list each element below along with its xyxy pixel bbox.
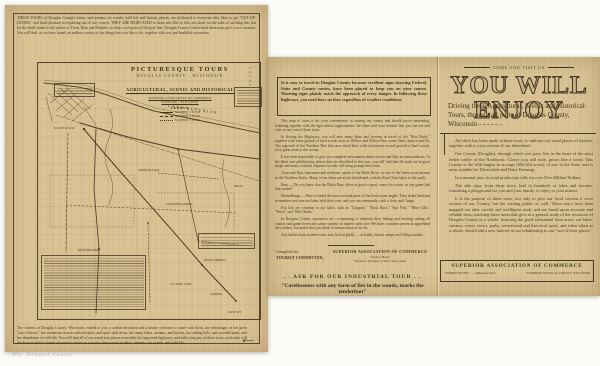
map-label-wascott: WASCOTT — [228, 311, 241, 314]
paragraph: Trout and Bass fishermen and residents, … — [275, 171, 430, 180]
legend-label-3: NUMBER 3 TOUR — [175, 119, 200, 122]
paragraph: Bass — Do you know that the Black Bass o… — [275, 183, 430, 192]
map-title-block: PICTURESQUE TOURS DOUGLAS COUNTY , WISCO… — [114, 66, 246, 122]
legend-label-1: NUMBER 1 TOUR — [175, 111, 200, 114]
fold-crease — [437, 57, 438, 296]
map-legend-title: LEGEND — [114, 106, 246, 110]
paragraph: Muskellunge — Here is found the most cov… — [275, 194, 430, 203]
map-callout-box-southeast — [198, 233, 255, 249]
pencil-annotation: Wis. Douglas County — [12, 353, 73, 358]
map-label-superior: SUPERIOR — [54, 126, 75, 130]
association-credit: SUPERIOR ASSOCIATION OF COMMERCE "Androy… — [332, 249, 428, 264]
scanned-brochure: { "left_page": { "intro": "THESE TOURS o… — [0, 0, 600, 366]
industrial-tour-line: . . ASK FOR OUR INDUSTRIAL TOUR . . — [268, 274, 437, 280]
map-index-numbers: 12 34 5 — [246, 66, 254, 87]
legend-label-2: NUMBER 2 TOUR — [175, 115, 200, 118]
panel-left-paragraphs: This map of tours is for your convenienc… — [275, 119, 430, 241]
map-label-pattison: PATTISON PARK — [78, 249, 99, 252]
legend-line-dashed — [160, 116, 173, 117]
paragraph: The side trips, from these tours, lead t… — [449, 183, 593, 194]
paragraph: Pan fish are common in our lakes, such a… — [275, 206, 430, 215]
fire-warning-line: "Carelessness with any form of fire in t… — [270, 283, 435, 295]
paragraph: An effort has been made in these tours, … — [449, 138, 593, 149]
footer-location: SUPERIOR, DOUGLAS COUNTY, WISCONSIN — [527, 271, 590, 275]
map-sheet-page: THESE TOURS of Douglas County's farms an… — [5, 5, 268, 352]
paragraph: This map of tours is for your convenienc… — [275, 119, 430, 133]
map-label-amnicon: AMNICON LAKE — [138, 169, 160, 172]
map-label-st-croix-lake: ST. CROIX LAKE — [170, 283, 192, 286]
compiled-by: Compiled by: TOURIST COMMITTEE, — [276, 249, 328, 264]
footer-hotel: "ANDROY HOTEL" — Minnesota Point — [444, 271, 496, 275]
divider-rule — [328, 245, 374, 246]
closing-paragraph: The citizens of Douglas County, Wisconsi… — [17, 326, 247, 344]
map-label-solon-springs: SOLON SPRINGS — [204, 259, 226, 262]
arrow-icon: ⟵ — [243, 336, 254, 345]
paragraph: In Douglas County, sportsmen are co-oper… — [275, 217, 430, 231]
map-title: PICTURESQUE TOURS — [114, 66, 246, 73]
legend-line-dotted — [160, 120, 173, 121]
paragraph: It is the purpose of these tours, not on… — [449, 196, 593, 234]
map-org-line2: SUPERIOR , WISCONSIN — [114, 101, 246, 104]
map-label-gordon: GORDON — [210, 293, 222, 296]
legend-row-1: NUMBER 1 TOUR — [114, 111, 246, 114]
footer-org-name: SUPERIOR ASSOCIATION OF COMMERCE — [444, 263, 590, 269]
margin-rule — [444, 133, 445, 155]
map-callout-box — [54, 83, 95, 97]
association-footer-box: SUPERIOR ASSOCIATION OF COMMERCE "ANDROY… — [440, 260, 594, 282]
footer-address-row: "ANDROY HOTEL" — Minnesota Point SUPERIO… — [444, 271, 590, 275]
compiled-by-block: Compiled by: TOURIST COMMITTEE, SUPERIOR… — [276, 249, 428, 264]
points-of-interest-box — [41, 255, 146, 310]
tour-map: LAKE SUPERIOR SUPERIOR AMNICON LAKE LAKE… — [37, 62, 261, 320]
intro-paragraph: THESE TOURS of Douglas County's farms an… — [17, 16, 256, 44]
paragraph: It has been impossible to give you compl… — [275, 155, 430, 169]
map-label-nebagamon: LAKE NEBAGAMON — [166, 203, 192, 206]
map-theme: AGRICULTURAL, SCENIC AND HISTORICAL — [126, 87, 234, 94]
legend-row-2: NUMBER 2 TOUR — [114, 115, 246, 118]
legend-line-solid — [160, 112, 173, 113]
paragraph: Our County (Douglas), through which you … — [449, 151, 593, 173]
come-and-visit-kicker: COME AND VISIT US — [446, 65, 592, 70]
horizontal-rule — [440, 133, 596, 134]
paragraph: In driving the Highways, you will note m… — [275, 135, 430, 153]
paragraph: In a normal year, its total production s… — [449, 175, 593, 180]
text-sheet-page: It is easy to travel in Douglas County b… — [268, 57, 600, 296]
headline-subtitle: Driving these Agricultural, Scenic and H… — [448, 102, 594, 129]
paragraph: Any further data on these tours may be h… — [275, 233, 430, 238]
travel-notice-box: It is easy to travel in Douglas County b… — [277, 77, 431, 116]
map-label-brule: BRULE — [234, 185, 243, 188]
map-org-line1: SUPERIOR ASSOCIATION OF COMMERCE — [114, 97, 246, 100]
legend-row-3: NUMBER 3 TOUR — [114, 119, 246, 122]
panel-right-paragraphs: An effort has been made in these tours, … — [449, 138, 593, 256]
map-note-box — [234, 87, 262, 107]
